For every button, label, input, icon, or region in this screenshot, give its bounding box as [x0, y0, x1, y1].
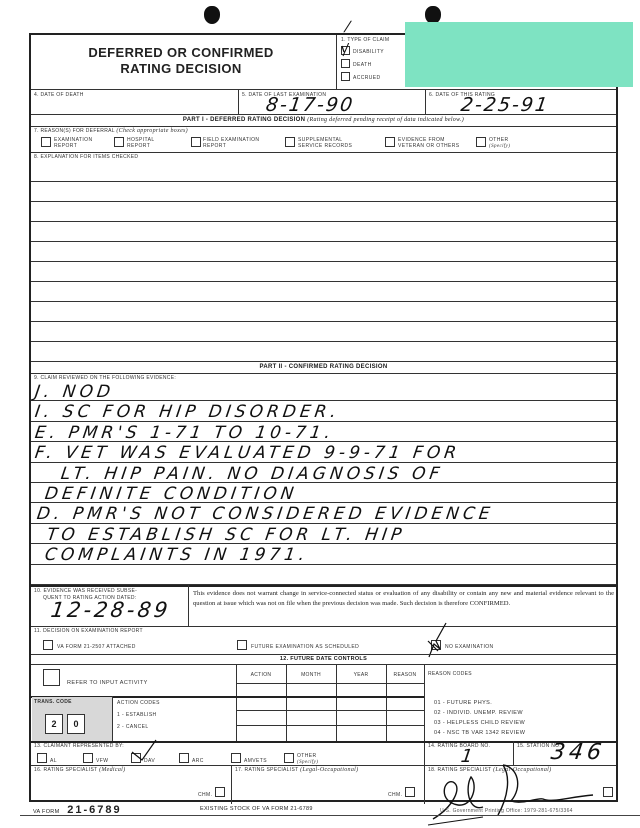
chm-checkbox-16[interactable]	[215, 787, 225, 797]
rep-dav-label: DAV	[144, 758, 155, 764]
no-exam-checkbox[interactable]	[431, 640, 441, 650]
evidence-received-date[interactable]: 12-28-89	[49, 598, 172, 622]
rep-al-checkbox[interactable]	[37, 753, 47, 763]
signature	[423, 757, 613, 827]
rep-arc-label: ARC	[192, 758, 204, 764]
reason-evidence-checkbox[interactable]	[385, 137, 395, 147]
future-exam-checkbox[interactable]	[237, 640, 247, 650]
death-checkbox[interactable]	[341, 59, 350, 68]
accrued-label: ACCRUED	[353, 75, 381, 81]
evidence-line-text: J. NOD	[34, 382, 116, 402]
claimant-rep-label: 13. CLAIMANT REPRESENTED BY:	[34, 743, 124, 749]
evidence-line-text: DEFINITE CONDITION	[44, 484, 299, 504]
chm-label-16: CHM.	[198, 792, 212, 798]
chm-checkbox-17[interactable]	[405, 787, 415, 797]
evidence-line-text: TO ESTABLISH SC FOR LT. HIP	[46, 525, 407, 545]
explanation-line[interactable]	[31, 341, 616, 361]
evidence-line-text: E. PMR'S 1-71 TO 10-71.	[34, 423, 336, 443]
rep-al-label: AL	[50, 758, 57, 764]
date-of-death-label: 4. DATE OF DEATH	[34, 92, 84, 98]
part1-title: PART I - DEFERRED RATING DECISION	[183, 117, 305, 123]
form-title-line1: DEFERRED OR CONFIRMED	[31, 45, 331, 60]
future-exam-label: FUTURE EXAMINATION AS SCHEDULED	[251, 644, 359, 650]
evidence-line[interactable]: I. SC FOR HIP DISORDER.	[31, 401, 616, 421]
rating-date[interactable]: 2-25-91	[459, 94, 550, 116]
explanation-line[interactable]	[31, 241, 616, 261]
evidence-line-text: F. VET WAS EVALUATED 9-9-71 FOR	[34, 443, 462, 463]
future-controls-title: 12. FUTURE DATE CONTROLS	[31, 656, 616, 662]
part1-heading: PART I - DEFERRED RATING DECISION (Ratin…	[31, 117, 616, 123]
va-form-attached-label: VA FORM 21-2507 ATTACHED	[57, 644, 136, 650]
explanation-line[interactable]	[31, 321, 616, 341]
last-exam-date[interactable]: 8-17-90	[264, 94, 355, 116]
action-code-cancel: 2 - CANCEL	[117, 724, 149, 730]
disability-checkbox[interactable]	[341, 46, 350, 55]
evidence-line[interactable]: LT. HIP PAIN. NO DIAGNOSIS OF	[31, 463, 616, 483]
reason-hospital-label: HOSPITALREPORT	[127, 137, 155, 149]
rep-amvets-checkbox[interactable]	[231, 753, 241, 763]
explanation-line[interactable]	[31, 161, 616, 181]
action-code-establish: 1 - ESTABLISH	[117, 712, 157, 718]
reason-other-checkbox[interactable]	[476, 137, 486, 147]
explanation-line[interactable]	[31, 301, 616, 321]
col-year: YEAR	[336, 672, 386, 678]
rep-vfw-label: VFW	[96, 758, 108, 764]
part2-title: PART II - CONFIRMED RATING DECISION	[31, 364, 616, 370]
action-codes-label: ACTION CODES	[117, 700, 160, 706]
col-month: MONTH	[286, 672, 336, 678]
reason-field-exam-label: FIELD EXAMINATIONREPORT	[203, 137, 259, 149]
reasons-label: 7. REASON(S) FOR DEFERRAL (Check appropr…	[34, 128, 188, 134]
evidence-line[interactable]: TO ESTABLISH SC FOR LT. HIP	[31, 524, 616, 544]
evidence-line[interactable]	[31, 565, 616, 585]
trans-code-digit-2[interactable]: 0	[67, 714, 85, 734]
rep-amvets-label: AMVETS	[244, 758, 267, 764]
no-exam-label: NO EXAMINATION	[445, 644, 494, 650]
reason-hospital-checkbox[interactable]	[114, 137, 124, 147]
explanation-line[interactable]	[31, 261, 616, 281]
evidence-line[interactable]: COMPLAINTS IN 1971.	[31, 544, 616, 564]
col-action: ACTION	[236, 672, 286, 678]
pen-stroke: /	[344, 19, 353, 35]
evidence-line[interactable]: DEFINITE CONDITION	[31, 483, 616, 503]
form-title-line2: RATING DECISION	[31, 61, 331, 76]
disability-label: DISABILITY	[353, 49, 384, 55]
explanation-line[interactable]	[31, 181, 616, 201]
confirmation-text: This evidence does not warrant change in…	[193, 589, 614, 609]
reason-field-exam-checkbox[interactable]	[191, 137, 201, 147]
refer-input-label: REFER TO INPUT ACTIVITY	[67, 680, 148, 686]
accrued-checkbox[interactable]	[341, 72, 350, 81]
evidence-received-label-1: 10. EVIDENCE WAS RECEIVED SUBSE-	[34, 588, 137, 594]
punch-hole	[204, 6, 220, 24]
explanation-line[interactable]	[31, 201, 616, 221]
death-label: DEATH	[353, 62, 372, 68]
reason-codes-label: REASON CODES	[428, 671, 472, 677]
col-reason: REASON	[386, 672, 424, 678]
reason-other-label: OTHER(Specify)	[489, 137, 510, 150]
part1-subtitle: (Rating deferred pending receipt of data…	[307, 117, 464, 123]
reason-examination-checkbox[interactable]	[41, 137, 51, 147]
trans-code-digit-1[interactable]: 2	[45, 714, 63, 734]
explanation-label: 8. EXPLANATION FOR ITEMS CHECKED	[34, 154, 138, 160]
reason-supplemental-label: SUPPLEMENTALSERVICE RECORDS	[298, 137, 352, 149]
reason-code-03: 03 - HELPLESS CHILD REVIEW	[434, 720, 525, 726]
evidence-line-text: COMPLAINTS IN 1971.	[44, 545, 310, 565]
evidence-line-text: I. SC FOR HIP DISORDER.	[34, 402, 342, 422]
reason-code-01: 01 - FUTURE PHYS.	[434, 700, 492, 706]
specialist-legal-label: 17. RATING SPECIALIST (Legal-Occupationa…	[235, 767, 358, 773]
explanation-line[interactable]	[31, 281, 616, 301]
rating-decision-form: DEFERRED OR CONFIRMED RATING DECISION 1.…	[29, 33, 618, 802]
rating-board-label: 14. RATING BOARD NO.	[428, 743, 490, 749]
reason-code-04: 04 - NSC TB VAR 1342 REVIEW	[434, 730, 525, 736]
evidence-line-text: LT. HIP PAIN. NO DIAGNOSIS OF	[60, 464, 445, 484]
redaction-block	[405, 22, 633, 87]
stock-note: EXISTING STOCK OF VA FORM 21-6789	[200, 806, 313, 812]
evidence-line[interactable]: J. NOD	[31, 381, 616, 401]
evidence-line[interactable]: D. PMR'S NOT CONSIDERED EVIDENCE	[31, 503, 616, 523]
chm-label-17: CHM.	[388, 792, 402, 798]
explanation-line[interactable]	[31, 221, 616, 241]
check-mark-icon	[341, 43, 352, 57]
reason-code-02: 02 - INDIVID. UNEMP. REVIEW	[434, 710, 523, 716]
evidence-line[interactable]: E. PMR'S 1-71 TO 10-71.	[31, 422, 616, 442]
rep-other-checkbox[interactable]	[284, 753, 294, 763]
printing-office: U.S. Government Printing Office: 1979-28…	[440, 808, 573, 814]
trans-code-label: TRANS. CODE	[34, 699, 72, 705]
evidence-line-text: D. PMR'S NOT CONSIDERED EVIDENCE	[36, 504, 495, 524]
specialist-medical-label: 16. RATING SPECIALIST (Medical)	[34, 767, 125, 773]
rep-arc-checkbox[interactable]	[179, 753, 189, 763]
check-mark-icon	[426, 619, 452, 659]
va-form-attached-checkbox[interactable]	[43, 640, 53, 650]
reason-supplemental-checkbox[interactable]	[285, 137, 295, 147]
reason-evidence-label: EVIDENCE FROMVETERAN OR OTHERS	[398, 137, 460, 149]
evidence-line[interactable]: F. VET WAS EVALUATED 9-9-71 FOR	[31, 442, 616, 462]
refer-input-checkbox[interactable]	[43, 669, 60, 686]
rep-dav-checkbox[interactable]	[131, 753, 141, 763]
reason-examination-label: EXAMINATIONREPORT	[54, 137, 92, 149]
exam-decision-label: 11. DECISION ON EXAMINATION REPORT	[34, 628, 143, 634]
footer-rule	[20, 815, 640, 816]
rep-vfw-checkbox[interactable]	[83, 753, 93, 763]
